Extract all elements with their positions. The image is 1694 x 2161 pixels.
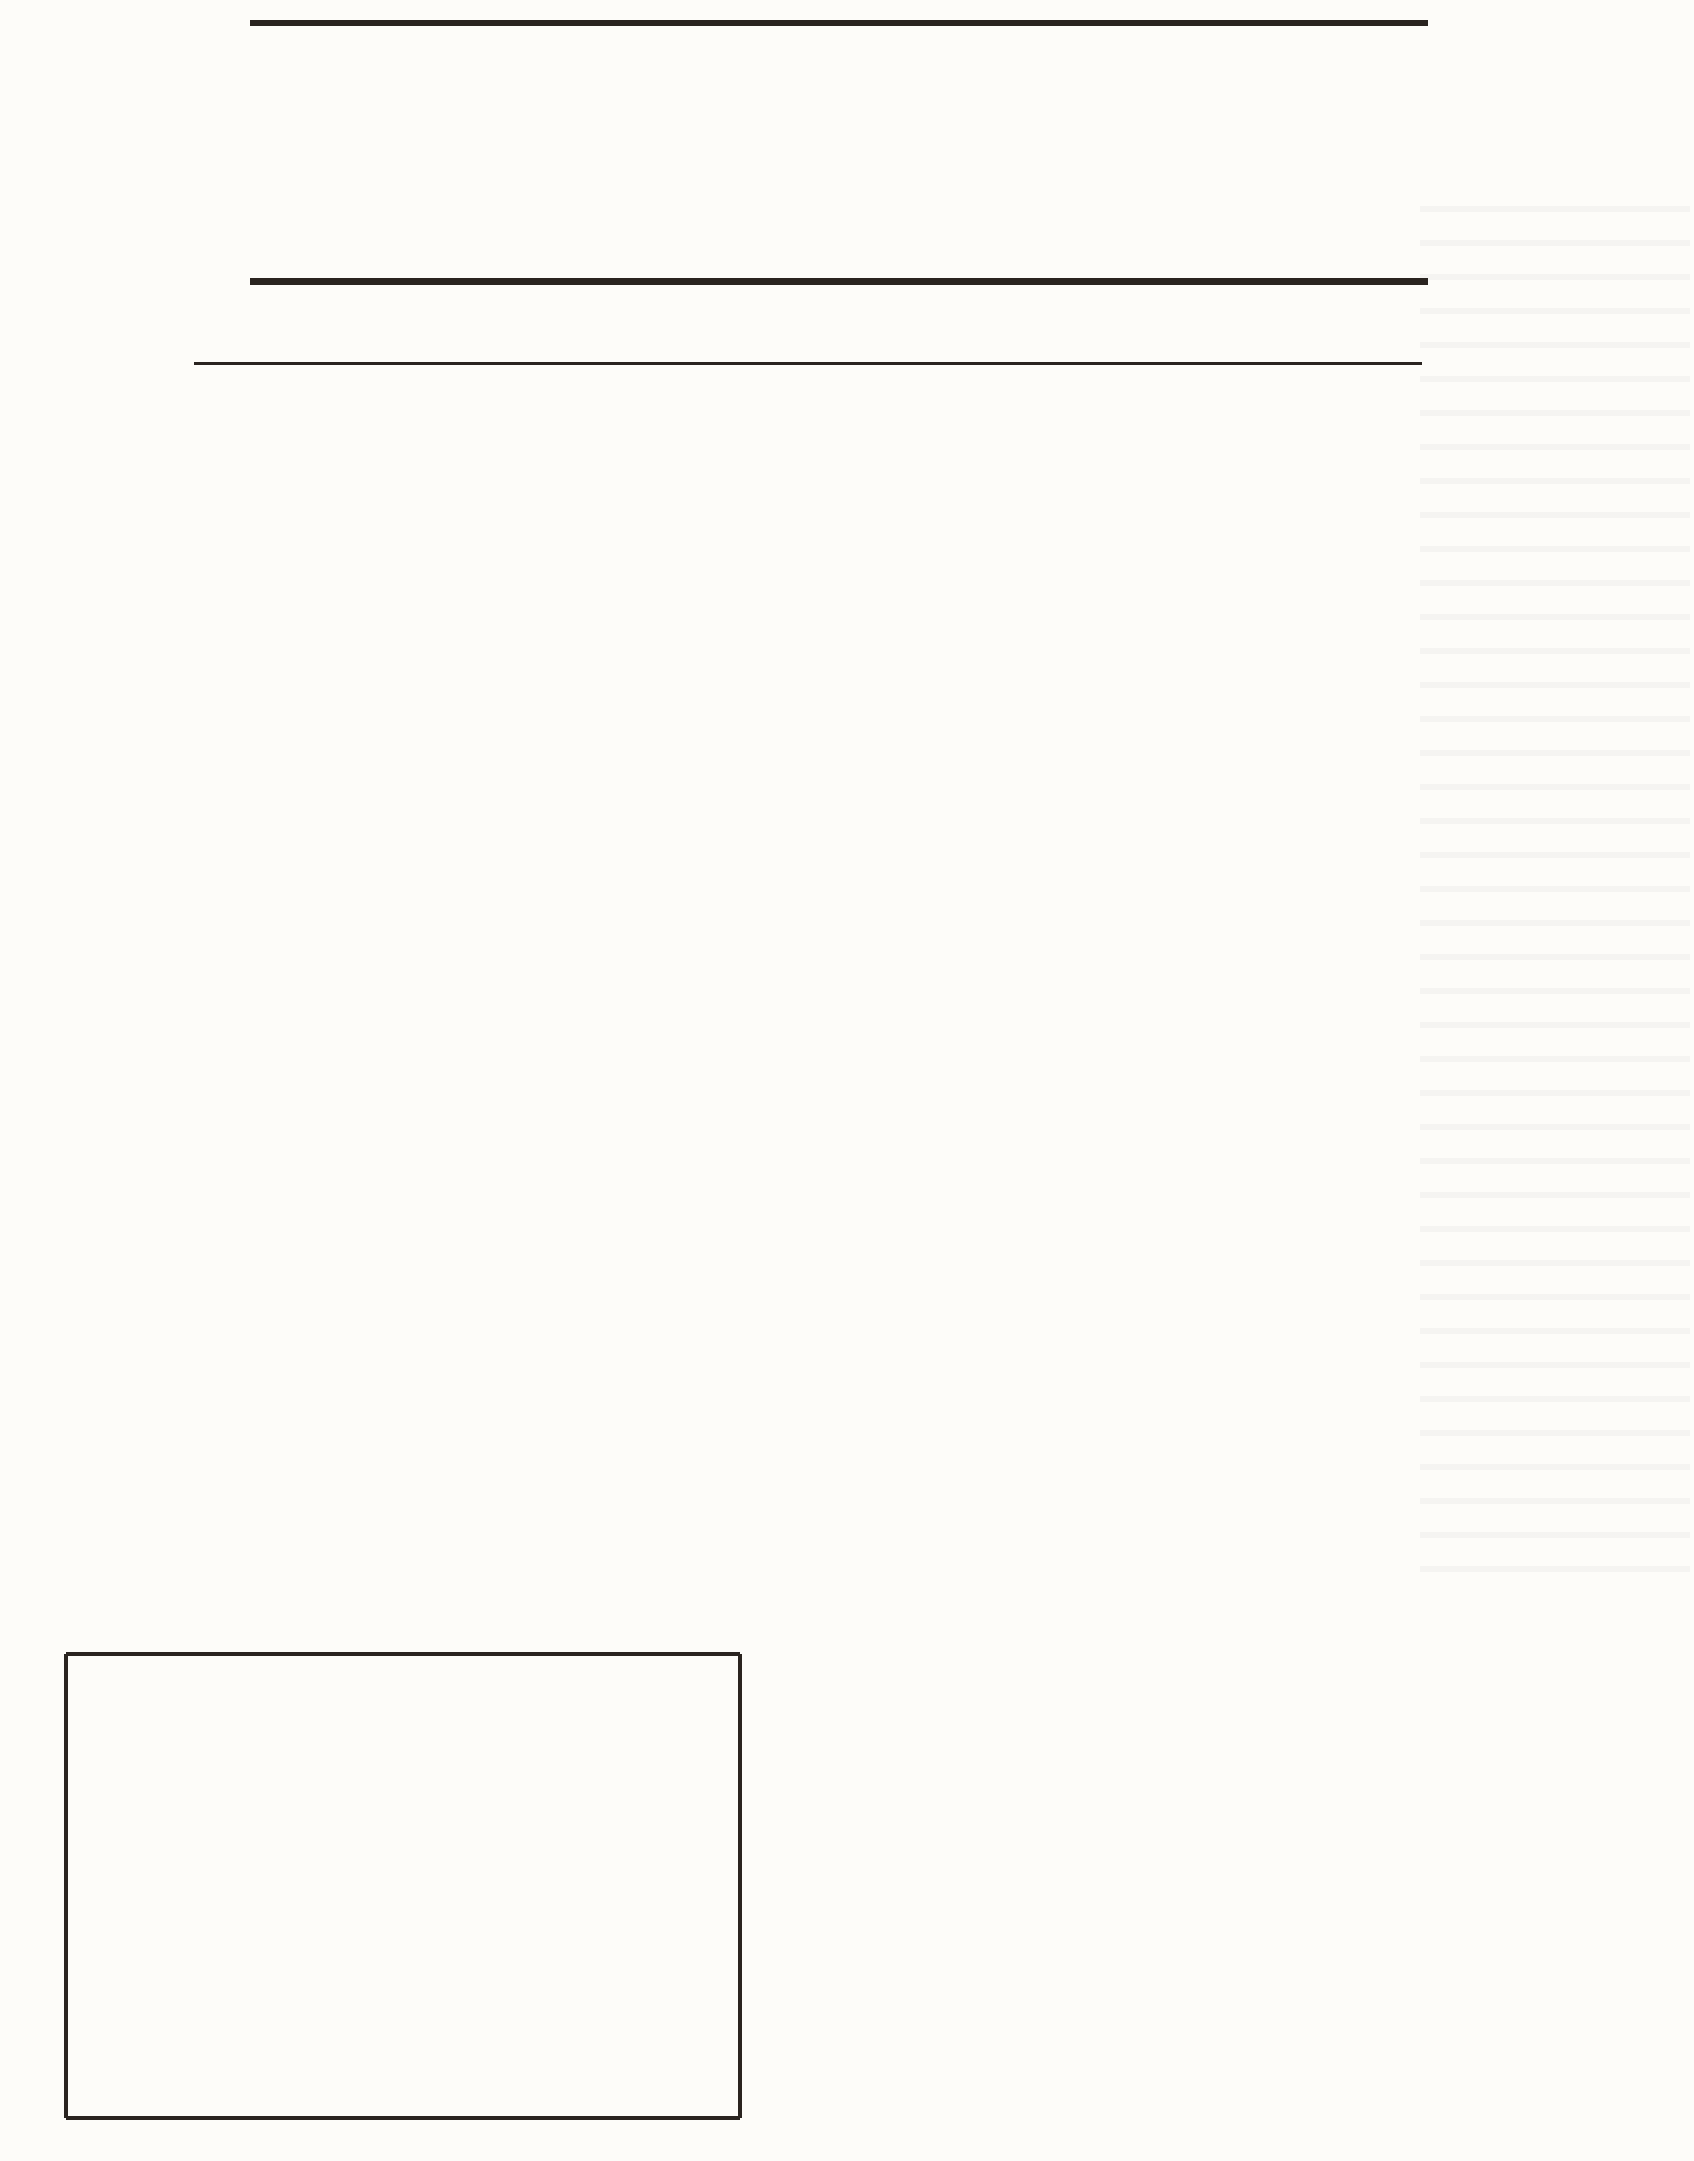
issue-rule — [194, 362, 1422, 365]
cartoon-illustration — [830, 1640, 1690, 2120]
ornamental-border-icon — [38, 1626, 768, 2146]
masthead-bottom-rule — [250, 278, 1428, 285]
bylaws-quote-line-2 — [194, 1531, 1454, 1565]
dancers-illustration-icon — [830, 1640, 1690, 2120]
issue-volume — [194, 298, 229, 329]
bleed-through-text — [1420, 200, 1690, 1600]
officer-contact-box — [38, 1626, 768, 2146]
top-rule — [250, 20, 1428, 26]
